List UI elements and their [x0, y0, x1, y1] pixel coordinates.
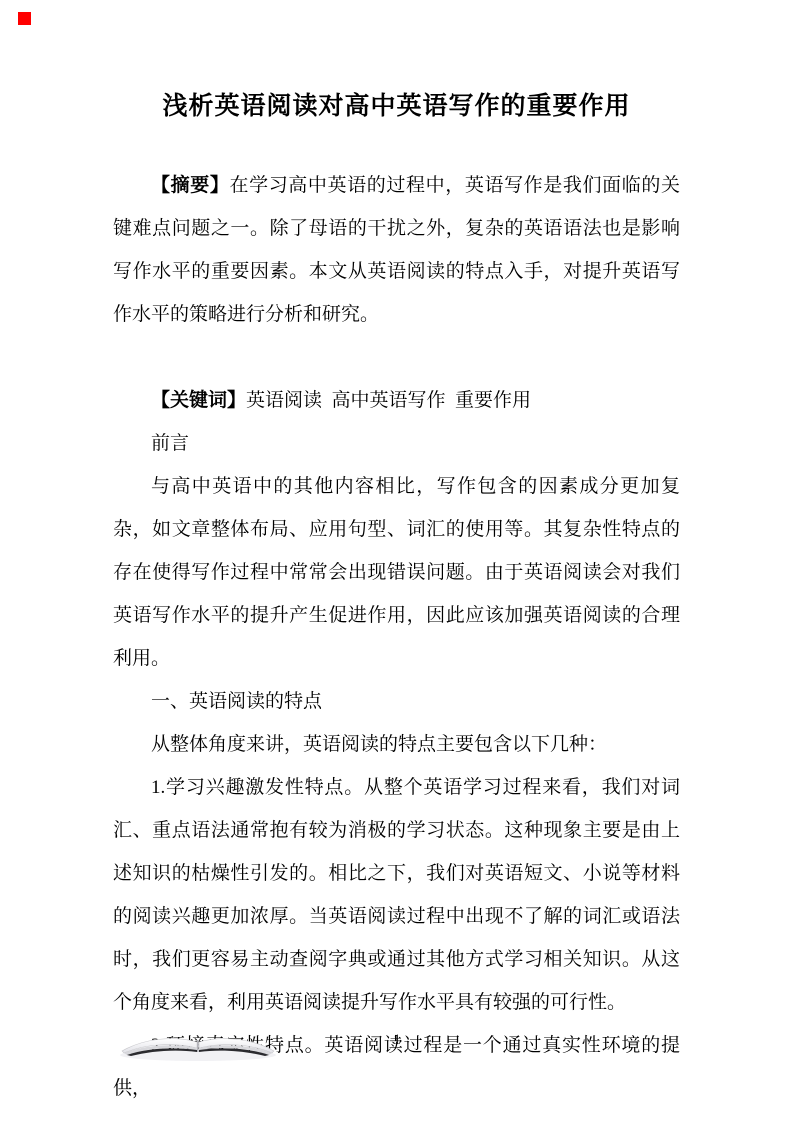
- abstract-label: 【摘要】: [151, 175, 229, 196]
- keywords-text: 英语阅读 高中英语写作 重要作用: [246, 390, 531, 411]
- section-heading-reading-features: 一、英语阅读的特点: [113, 680, 680, 723]
- paragraph-features-overview: 从整体角度来讲，英语阅读的特点主要包含以下几种：: [113, 723, 680, 766]
- paragraph-feature-interest: 1.学习兴趣激发性特点。从整个英语学习过程来看，我们对词汇、重点语法通常抱有较为…: [113, 766, 680, 1024]
- document-title: 浅析英语阅读对高中英语写作的重要作用: [113, 0, 680, 128]
- page-number: 1: [0, 1029, 794, 1051]
- paragraph-preface-heading: 前言: [113, 422, 680, 465]
- document-content: 浅析英语阅读对高中英语写作的重要作用 【摘要】在学习高中英语的过程中，英语写作是…: [113, 0, 680, 1110]
- keywords-paragraph: 【关键词】英语阅读 高中英语写作 重要作用: [113, 379, 680, 422]
- keywords-label: 【关键词】: [151, 390, 246, 411]
- abstract-text: 在学习高中英语的过程中，英语写作是我们面临的关键难点问题之一。除了母语的干扰之外…: [113, 175, 680, 325]
- paragraph-preface-body: 与高中英语中的其他内容相比，写作包含的因素成分更加复杂，如文章整体布局、应用句型…: [113, 465, 680, 680]
- document-page: 浅析英语阅读对高中英语写作的重要作用 【摘要】在学习高中英语的过程中，英语写作是…: [0, 0, 794, 1123]
- red-corner-marker: [18, 12, 31, 25]
- abstract-paragraph: 【摘要】在学习高中英语的过程中，英语写作是我们面临的关键难点问题之一。除了母语的…: [113, 164, 680, 336]
